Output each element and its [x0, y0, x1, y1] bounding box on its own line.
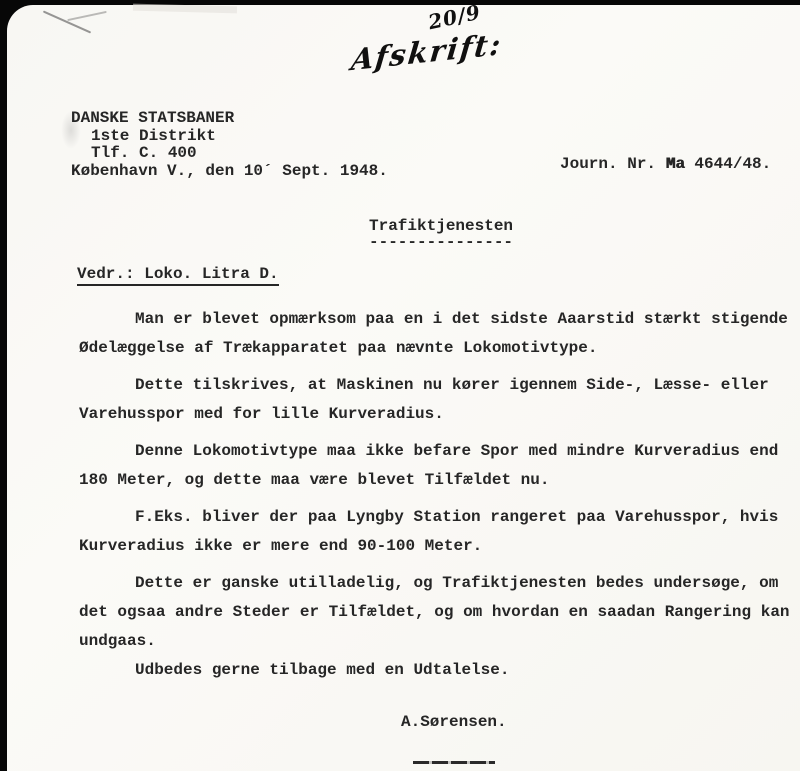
letterhead-place-date: København V., den 10´ Sept. 1948.	[71, 163, 388, 181]
subject-line: Vedr.: Loko. Litra D.	[77, 265, 279, 286]
letter-paper: 20/9 Afskrift: DANSKE STATSBANER 1ste Di…	[7, 5, 800, 771]
journal-digits: 4644/48.	[685, 155, 771, 173]
body-line: Denne Lokomotivtype maa ikke befare Spor…	[79, 437, 800, 466]
paragraph: Udbedes gerne tilbage med en Udtalelse.	[79, 656, 800, 685]
scan-artifact-crease	[43, 11, 91, 34]
addressee-block: Trafiktjenesten ---------------	[369, 217, 513, 251]
letterhead-org: DANSKE STATSBANER	[71, 110, 388, 128]
paragraph: Man er blevet opmærksom paa en i det sid…	[79, 305, 800, 363]
body-line: Dette tilskrives, at Maskinen nu kører i…	[79, 371, 800, 400]
letterhead-phone: Tlf. C. 400	[71, 145, 388, 163]
body-line: Varehusspor med for lille Kurveradius.	[79, 400, 800, 429]
body-line: Kurveradius ikke er mere end 90-100 Mete…	[79, 532, 800, 561]
body-line: Man er blevet opmærksom paa en i det sid…	[79, 305, 800, 334]
body-line: undgaas.	[79, 627, 800, 656]
journal-number: Journ. Nr. Ma 4644/48.	[560, 155, 771, 173]
paragraph: Dette tilskrives, at Maskinen nu kører i…	[79, 371, 800, 429]
body-line: F.Eks. bliver der paa Lyngby Station ran…	[79, 503, 800, 532]
body-line: det ogsaa andre Steder er Tilfældet, og …	[79, 598, 800, 627]
body-line: Udbedes gerne tilbage med en Udtalelse.	[79, 656, 800, 685]
signature-name: A.Sørensen.	[401, 713, 507, 731]
letterhead: DANSKE STATSBANER 1ste Distrikt Tlf. C. …	[71, 110, 388, 180]
body-line: Dette er ganske utilladelig, og Trafiktj…	[79, 569, 800, 598]
body-line: Ødelæggelse af Trækapparatet paa nævnte …	[79, 334, 800, 363]
journal-prefix: Journ. Nr.	[560, 155, 666, 173]
body-line: 180 Meter, og dette maa være blevet Tilf…	[79, 466, 800, 495]
scanned-letter: 20/9 Afskrift: DANSKE STATSBANER 1ste Di…	[0, 0, 800, 771]
paragraph: F.Eks. bliver der paa Lyngby Station ran…	[79, 503, 800, 561]
letter-body: Man er blevet opmærksom paa en i det sid…	[79, 305, 800, 685]
scan-artifact-crease	[67, 11, 107, 21]
addressee-underline: ---------------	[369, 233, 513, 251]
scan-artifact-torn-edge	[133, 4, 237, 14]
paragraph: Denne Lokomotivtype maa ikke befare Spor…	[79, 437, 800, 495]
journal-code: Ma	[666, 155, 685, 173]
paragraph: Dette er ganske utilladelig, og Trafiktj…	[79, 569, 800, 656]
signature-rule	[413, 761, 495, 764]
letterhead-district: 1ste Distrikt	[71, 128, 388, 146]
handwritten-copy-note: Afskrift:	[350, 27, 505, 77]
